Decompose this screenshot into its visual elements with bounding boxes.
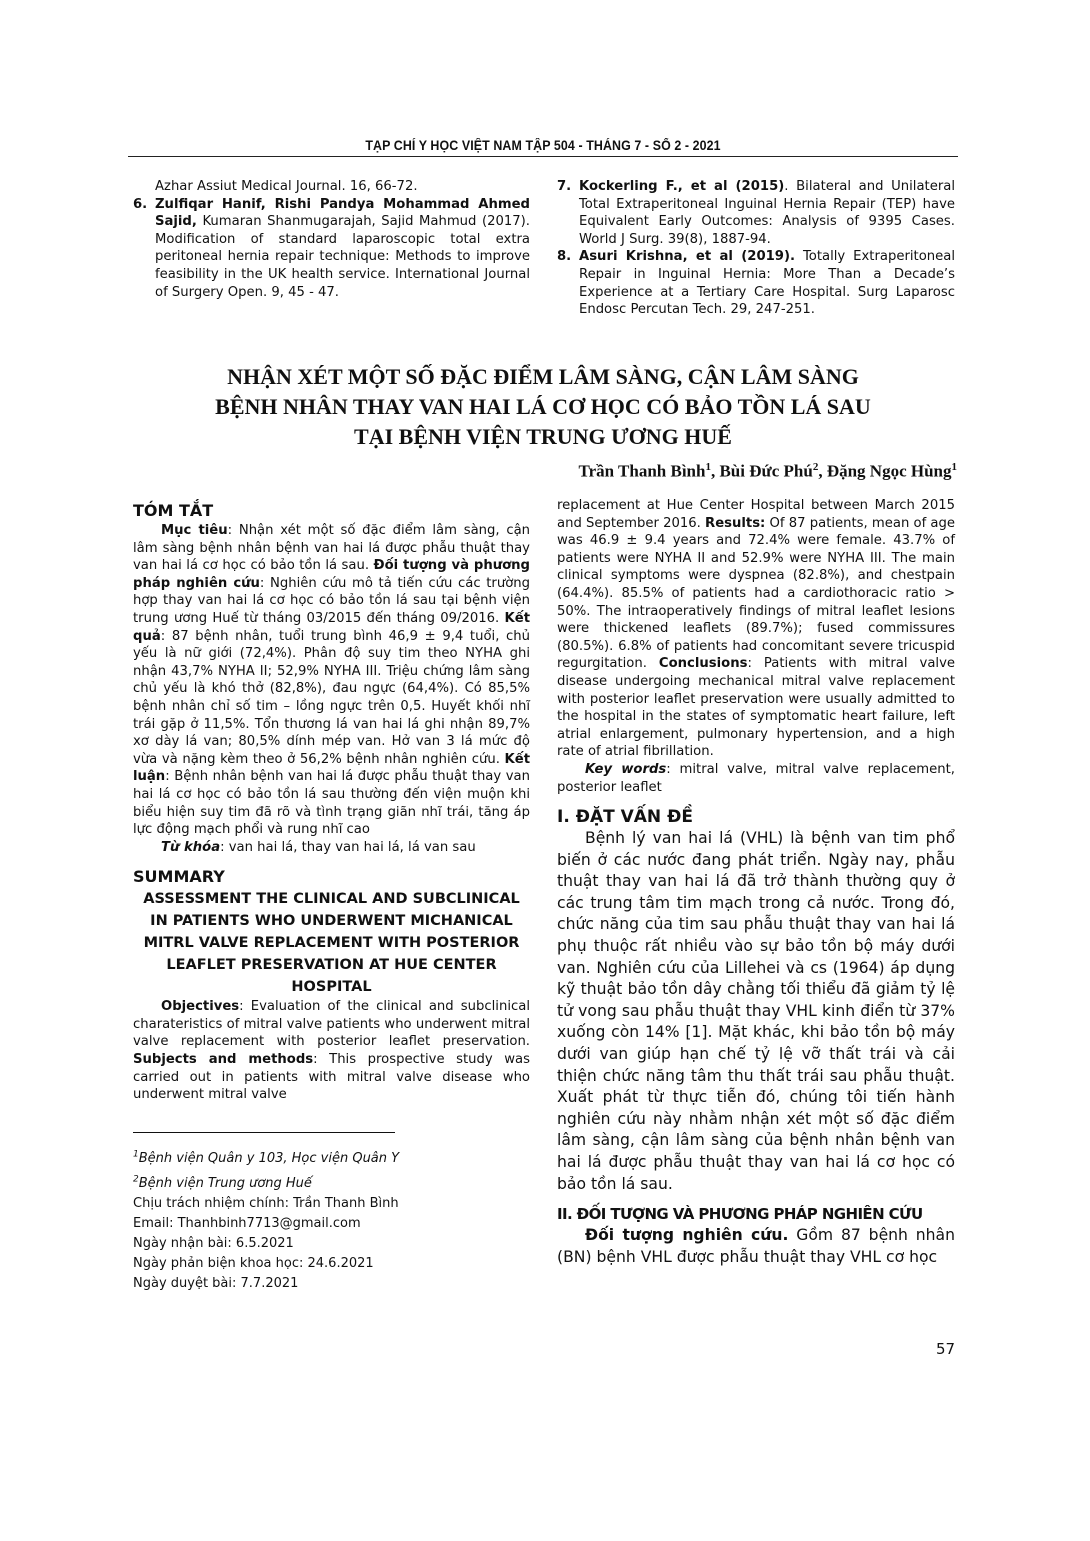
affiliation-text: Bệnh viện Trung ương Huế <box>139 1176 312 1191</box>
date-received: Ngày nhận bài: 6.5.2021 <box>133 1234 530 1254</box>
reference-5-tail: Azhar Assiut Medical Journal. 16, 66-72. <box>133 178 530 196</box>
section-2-body: Đối tượng nghiên cứu. Gồm 87 bệnh nhân (… <box>557 1225 955 1268</box>
label-conclusions: Conclusions <box>659 656 748 671</box>
reference-number: 8. <box>557 248 571 266</box>
summary-text: : Patients with mitral valve disease und… <box>557 656 955 759</box>
keywords-en: Key words: mitral valve, mitral valve re… <box>557 761 955 796</box>
summary-text: Of 87 patients, mean of age was 46.9 ± 9… <box>557 516 955 672</box>
title-line-2: BỆNH NHÂN THAY VAN HAI LÁ CƠ HỌC CÓ BẢO … <box>128 392 958 422</box>
reference-8: 8.Asuri Krishna, et al (2019). Totally E… <box>557 248 955 318</box>
affiliation-1: 1Bệnh viện Quân y 103, Học viện Quân Y <box>133 1145 530 1169</box>
label-key-words: Key words <box>585 762 666 777</box>
author-name: Bùi Đức Phú <box>719 462 812 481</box>
label-results: Results: <box>705 516 765 531</box>
right-column: replacement at Hue Center Hospital betwe… <box>557 497 955 1268</box>
summary-title: ASSESSMENT THE CLINICAL AND SUBCLINICAL … <box>133 888 530 998</box>
page-number: 57 <box>936 1340 955 1358</box>
abstract-text: : 87 bệnh nhân, tuổi trung bình 46,9 ± 9… <box>133 629 530 767</box>
date-reviewed: Ngày phản biện khoa học: 24.6.2021 <box>133 1254 530 1274</box>
email: Email: Thanhbinh7713@gmail.com <box>133 1214 530 1234</box>
corresponding-author: Chịu trách nhiệm chính: Trần Thanh Bình <box>133 1194 530 1214</box>
reference-authors: Asuri Krishna, et al (2019). <box>579 249 795 264</box>
reference-authors: Kockerling F., et al (2015) <box>579 179 784 194</box>
abstract-vi-heading: TÓM TẮT <box>133 500 530 522</box>
affiliation-2: 2Bệnh viện Trung ương Huế <box>133 1169 530 1193</box>
label-tu-khoa: Từ khóa <box>161 840 220 855</box>
summary-heading: SUMMARY <box>133 866 530 888</box>
references-right: 7.Kockerling F., et al (2015). Bilateral… <box>557 178 955 319</box>
author-separator: , <box>818 462 827 481</box>
reference-number: 6. <box>133 196 147 214</box>
keywords-vi: Từ khóa: van hai lá, thay van hai lá, lá… <box>133 839 530 857</box>
label-objectives: Objectives <box>161 999 239 1014</box>
date-accepted: Ngày duyệt bài: 7.7.2021 <box>133 1274 530 1294</box>
label-muc-tieu: Mục tiêu <box>161 523 228 538</box>
article-title: NHẬN XÉT MỘT SỐ ĐẶC ĐIỂM LÂM SÀNG, CẬN L… <box>128 362 958 452</box>
journal-page: TẠP CHÍ Y HỌC VIỆT NAM TẬP 504 - THÁNG 7… <box>0 0 1090 1541</box>
title-line-1: NHẬN XÉT MỘT SỐ ĐẶC ĐIỂM LÂM SÀNG, CẬN L… <box>128 362 958 392</box>
section-1-heading: I. ĐẶT VẤN ĐỀ <box>557 806 955 828</box>
footnote-rule <box>133 1132 395 1133</box>
running-header: TẠP CHÍ Y HỌC VIỆT NAM TẬP 504 - THÁNG 7… <box>161 138 925 153</box>
author-name: Trần Thanh Bình <box>579 462 706 481</box>
reference-number: 7. <box>557 178 571 196</box>
summary-body-right: replacement at Hue Center Hospital betwe… <box>557 497 955 761</box>
reference-text: Kumaran Shanmugarajah, Sajid Mahmud (201… <box>155 214 530 299</box>
author-list: Trần Thanh Bình1, Bùi Đức Phú2, Đặng Ngọ… <box>579 461 957 482</box>
author-name: Đặng Ngọc Hùng <box>827 462 952 481</box>
title-line-3: TẠI BỆNH VIỆN TRUNG ƯƠNG HUẾ <box>128 422 958 452</box>
affiliation-text: Bệnh viện Quân y 103, Học viện Quân Y <box>139 1151 399 1166</box>
label-methods: Subjects and methods <box>133 1052 313 1067</box>
header-rule <box>128 156 958 157</box>
section-1-body: Bệnh lý van hai lá (VHL) là bệnh van tim… <box>557 828 955 1195</box>
keywords-text: : van hai lá, thay van hai lá, lá van sa… <box>220 840 476 855</box>
abstract-vi-body: Mục tiêu: Nhận xét một số đặc điểm lâm s… <box>133 522 530 839</box>
section-2-heading: II. ĐỐI TƯỢNG VÀ PHƯƠNG PHÁP NGHIÊN CỨU <box>557 1203 955 1225</box>
reference-7: 7.Kockerling F., et al (2015). Bilateral… <box>557 178 955 248</box>
footnotes: 1Bệnh viện Quân y 103, Học viện Quân Y 2… <box>133 1145 530 1294</box>
summary-body-left: Objectives: Evaluation of the clinical a… <box>133 998 530 1104</box>
label-subjects: Đối tượng nghiên cứu. <box>585 1226 788 1244</box>
author-affiliation: 1 <box>952 461 958 473</box>
abstract-text: : Bệnh nhân bệnh van hai lá được phẫu th… <box>133 769 530 837</box>
left-column: TÓM TẮT Mục tiêu: Nhận xét một số đặc đi… <box>133 500 530 1294</box>
reference-6: 6.Zulfiqar Hanif, Rishi Pandya Mohammad … <box>133 196 530 302</box>
references-left: Azhar Assiut Medical Journal. 16, 66-72.… <box>133 178 530 301</box>
